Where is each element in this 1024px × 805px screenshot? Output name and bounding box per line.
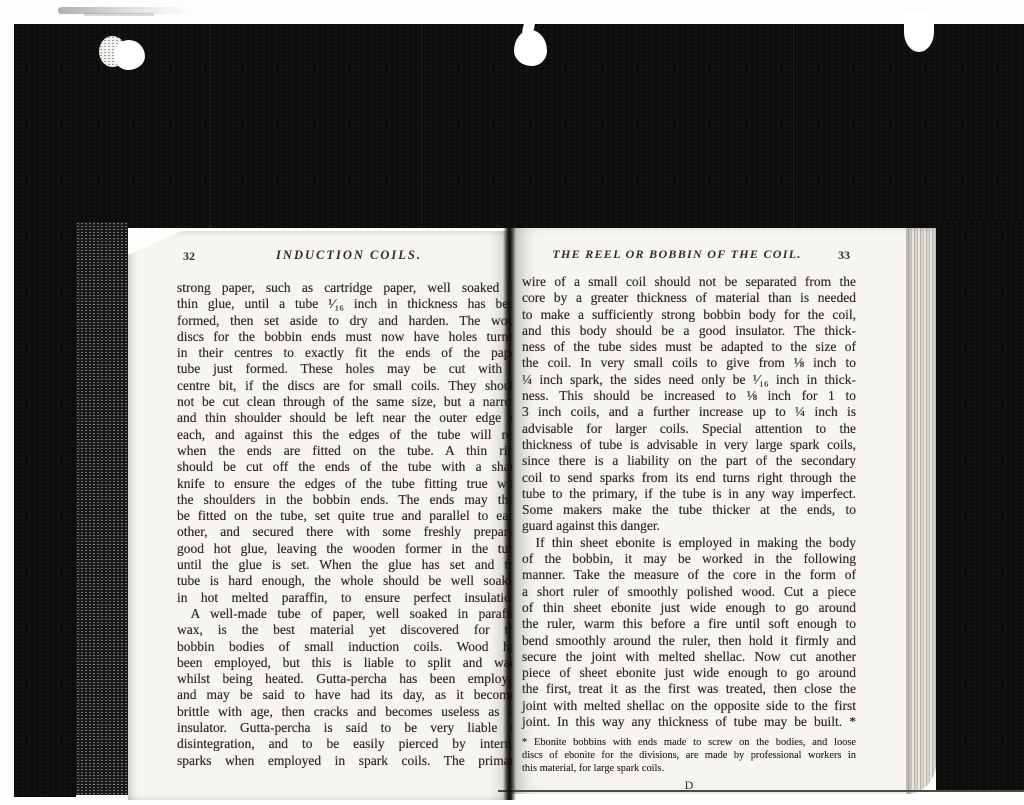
punch-hole-right	[904, 12, 934, 52]
body-line: A well-made tube of paper, well soaked i…	[177, 606, 512, 622]
scanned-book-photocopy: 32 INDUCTION COILS. strong paper, such a…	[0, 0, 1024, 805]
body-line: coil to send sparks from its end turns r…	[522, 470, 856, 486]
body-line: formed, then set aside to dry and harden…	[177, 313, 512, 329]
body-line: guard against this danger.	[522, 518, 856, 534]
gutter-shadow	[503, 224, 516, 800]
body-line: disintegration, and to be easily pierced…	[177, 736, 512, 752]
body-line: wire of a small coil should not be separ…	[522, 274, 856, 290]
body-line: should be cut off the ends of the tube w…	[177, 459, 512, 475]
body-line: and this body should be a good insulator…	[522, 323, 856, 339]
body-line: tube to the primary, if the tube is in a…	[522, 486, 856, 502]
body-line: 3 inch coils, and a further increase up …	[522, 404, 856, 420]
body-line: If thin sheet ebonite is employed in mak…	[522, 535, 856, 551]
black-mat-left	[14, 220, 76, 797]
body-line: and may be said to have had its day, as …	[177, 687, 512, 703]
scan-seam-line	[793, 24, 794, 228]
body-line: core by a greater thickness of material …	[522, 290, 856, 306]
body-line: Some makers make the tube thicker at the…	[522, 502, 856, 518]
body-line: bend smoothly around the ruler, then hol…	[522, 633, 856, 649]
left-page: 32 INDUCTION COILS. strong paper, such a…	[128, 231, 512, 800]
body-line: good hot glue, leaving the wooden former…	[177, 541, 512, 557]
body-line: in hot melted paraffin, to ensure perfec…	[177, 590, 512, 606]
body-line: the shoulders in the bobbin ends. The en…	[177, 492, 512, 508]
body-line: a short ruler of smoothly polished wood.…	[522, 584, 856, 600]
body-line: tube just formed. These holes may be cut…	[177, 361, 512, 377]
body-line: and thin shoulder should be left near th…	[177, 410, 512, 426]
footnote: * Ebonite bobbins with ends made to scre…	[522, 736, 856, 776]
body-line: insulator. Gutta-percha is said to be ve…	[177, 720, 512, 736]
body-line: the ruler, warm this before a fire until…	[522, 616, 856, 632]
right-page-body: wire of a small coil should not be separ…	[522, 274, 856, 730]
page-number-right: 33	[838, 248, 850, 263]
body-line: thin glue, until a tube ¹⁄₁₆ inch in thi…	[177, 296, 512, 312]
body-line: secure the joint with melted shellac. No…	[522, 649, 856, 665]
body-line: ness of the tube sides must be adapted t…	[522, 339, 856, 355]
left-page-body: strong paper, such as cartridge paper, w…	[177, 280, 512, 769]
body-line: since there is a liability on the part o…	[522, 453, 856, 469]
body-line: of the bobbin, it may be worked in the f…	[522, 551, 856, 567]
body-line: of thin sheet ebonite just wide enough t…	[522, 600, 856, 616]
body-line: advisable for larger coils. Special atte…	[522, 421, 856, 437]
body-line: joint with melted shellac on the opposit…	[522, 698, 856, 714]
scan-seam-line	[421, 24, 422, 228]
body-line: to make a sufficiently strong bobbin bod…	[522, 307, 856, 323]
punch-hole-left	[114, 40, 145, 70]
body-line: in their centres to exactly fit the ends…	[177, 345, 512, 361]
body-line: ¼ inch spark, the sides need only be ¹⁄₁…	[522, 372, 856, 388]
page-stack-shadow	[76, 222, 128, 795]
body-line: thickness of tube is advisable in very l…	[522, 437, 856, 453]
body-line: other, and secured there with some fresh…	[177, 524, 512, 540]
body-line: knife to ensure the edges of the tube fi…	[177, 476, 512, 492]
fore-edge-stack	[906, 228, 936, 794]
body-line: ness. This should be increased to ⅛ inch…	[522, 388, 856, 404]
body-line: the coil. In very small coils to give fr…	[522, 355, 856, 371]
body-line: whilst being heated. Gutta-percha has be…	[177, 671, 512, 687]
body-line: brittle with age, then cracks and become…	[177, 704, 512, 720]
body-line: not be cut clean through of the same siz…	[177, 394, 512, 410]
body-line: been employed, but this is liable to spl…	[177, 655, 512, 671]
footnote-line: this material, for large spark coils.	[522, 762, 856, 775]
body-line: bobbin bodies of small induction coils. …	[177, 639, 512, 655]
body-line: when the ends are fitted on the tube. A …	[177, 443, 512, 459]
body-line: joint. In this way any thickness of tube…	[522, 714, 856, 730]
body-line: discs for the bobbin ends must now have …	[177, 329, 512, 345]
body-line: the first, treat it as the first was tre…	[522, 681, 856, 697]
body-line: each, and against this the edges of the …	[177, 427, 512, 443]
body-line: strong paper, such as cartridge paper, w…	[177, 280, 512, 296]
footnote-line: * Ebonite bobbins with ends made to scre…	[522, 736, 856, 749]
body-line: until the glue is set. When the glue has…	[177, 557, 512, 573]
footnote-line: discs of ebonite for the divisions, are …	[522, 749, 856, 762]
body-line: be fitted on the tube, set quite true an…	[177, 508, 512, 524]
scan-seam-line	[210, 24, 211, 228]
bottom-edge-line	[498, 790, 1024, 792]
body-line: tube is hard enough, the whole should be…	[177, 573, 512, 589]
scan-smudge	[84, 13, 154, 16]
running-head-right: THE REEL OR BOBBIN OF THE COIL.	[522, 247, 832, 262]
body-line: sparks when employed in spark coils. The…	[177, 753, 512, 769]
body-line: piece of sheet ebonite just wide enough …	[522, 665, 856, 681]
body-line: wax, is the best material yet discovered…	[177, 622, 512, 638]
body-line: centre bit, if the discs are for small c…	[177, 378, 512, 394]
right-page: THE REEL OR BOBBIN OF THE COIL. 33 wire …	[512, 228, 936, 794]
body-line: manner. Take the measure of the core in …	[522, 567, 856, 583]
running-head-left: INDUCTION COILS.	[177, 248, 512, 263]
black-mat-right	[936, 220, 1024, 791]
